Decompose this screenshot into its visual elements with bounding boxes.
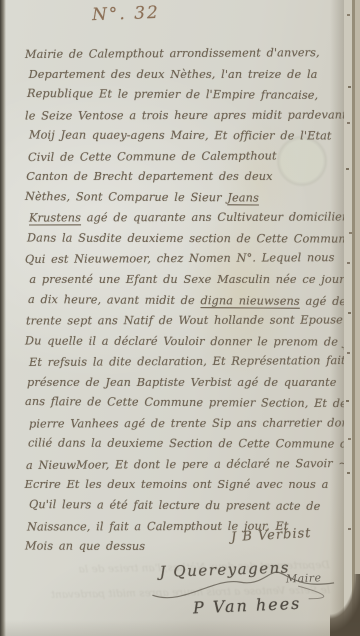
manuscript-line: Canton de Brecht departement des deux	[26, 167, 339, 188]
manuscript-line: pierre Vanhees agé de trente Sip ans cha…	[29, 413, 339, 435]
adjacent-page-edge	[344, 0, 360, 636]
manuscript-line: cilié dans la deuxieme Section de Cette …	[28, 434, 339, 456]
fold-shadow	[330, 0, 344, 636]
manuscript-line: Nèthes, Sont Comparue le Sieur Jeans	[25, 187, 340, 210]
manuscript-line: Qui est Nieuwemoer, chez Nomen N°. Leque…	[25, 248, 339, 271]
manuscript-line: a NieuwMoer, Et dont le pere a déclaré n…	[26, 454, 339, 477]
document-number: N°. 32	[92, 3, 160, 25]
manuscript-line: Mairie de Calempthout arrondissement d'a…	[25, 43, 340, 66]
manuscript-line: trente sept ans Natif de Wout hollande s…	[26, 311, 339, 333]
bottom-edge-shade	[0, 620, 360, 636]
manuscript-line: Moij Jean quaey-agens Maire, Et officier…	[29, 126, 339, 148]
mayor-title: Maire	[286, 571, 322, 585]
manuscript-line: a presenté une Efant du Sexe Masculin né…	[29, 270, 339, 291]
manuscript-line: a dix heure, avant midit de digna nieuws…	[28, 290, 339, 313]
manuscript-text: Mairie de Calempthout arrondissement d'a…	[27, 44, 339, 558]
manuscript-line: Krustens agé de quarante ans Cultivateur…	[29, 208, 339, 230]
manuscript-line: Republique Et le premier de l'Empire fra…	[27, 84, 339, 107]
photo-left-edge	[0, 0, 6, 636]
manuscript-line: le Seize Ventose a trois heure apres mid…	[25, 105, 339, 127]
manuscript-line: Qu'il leurs a été fait lecture du presen…	[29, 495, 340, 517]
manuscript-photo: N°. 32 Mairie de Calempthout arrondissem…	[0, 0, 360, 636]
manuscript-line: ans flaire de Cette Commune premier Sect…	[25, 392, 339, 415]
manuscript-line: présence de Jean Baptiste Verbist agé de…	[27, 373, 339, 394]
manuscript-line: Et refsuis la dite declaration, Et Repré…	[29, 351, 340, 373]
manuscript-line: Departement des deux Nèthes, l'an treize…	[29, 65, 339, 86]
manuscript-line: Du quelle il a déclaré Vouloir donner le…	[25, 331, 339, 353]
manuscript-line: Dans la Susdite deuxieme section de Cett…	[27, 228, 339, 250]
manuscript-line: Civil de Cette Commune de Calempthout	[28, 146, 339, 169]
manuscript-line: Ecrire Et les deux temoins ont Signé ave…	[25, 475, 339, 496]
adjacent-page-edge-marks	[347, 0, 350, 2]
